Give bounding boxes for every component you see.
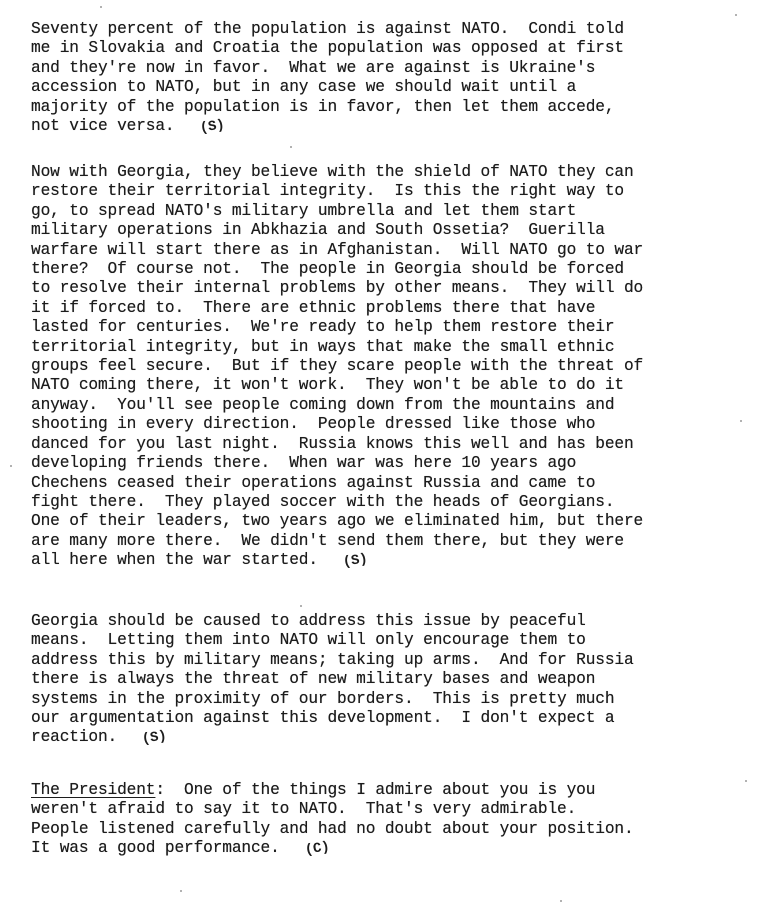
text-line: Now with Georgia, they believe with the … (31, 163, 643, 182)
scan-speck (180, 890, 182, 892)
text-line: warfare will start there as in Afghanist… (31, 241, 643, 260)
scan-speck (740, 420, 742, 422)
scan-speck (290, 146, 292, 148)
scan-speck (560, 900, 562, 902)
text-line: Chechens ceased their operations against… (31, 474, 643, 493)
text-line: there is always the threat of new milita… (31, 670, 634, 689)
text-line: territorial integrity, but in ways that … (31, 338, 643, 357)
text-line: military operations in Abkhazia and Sout… (31, 221, 643, 240)
text-line: lasted for centuries. We're ready to hel… (31, 318, 643, 337)
text-line: groups feel secure. But if they scare pe… (31, 357, 643, 376)
text-line: there? Of course not. The people in Geor… (31, 260, 643, 279)
text-line: reaction. (S) (31, 728, 634, 748)
scan-speck (745, 780, 747, 782)
text-line: it if forced to. There are ethnic proble… (31, 299, 643, 318)
speaker-label: The President (31, 781, 155, 799)
text-line: anyway. You'll see people coming down fr… (31, 396, 643, 415)
classification-mark: (S) (198, 116, 225, 139)
text-line: restore their territorial integrity. Is … (31, 182, 643, 201)
text-line: to resolve their internal problems by ot… (31, 279, 643, 298)
paragraph-4-president: The President: One of the things I admir… (31, 781, 634, 860)
classification-mark: (C) (304, 839, 331, 862)
text-line: our argumentation against this developme… (31, 709, 634, 728)
speaker-text: : One of the things I admire about you i… (155, 781, 595, 799)
text-line: go, to spread NATO's military umbrella a… (31, 202, 643, 221)
text-line: It was a good performance. (C) (31, 839, 634, 859)
text-line: all here when the war started. (S) (31, 551, 643, 571)
text-line: developing friends there. When war was h… (31, 454, 643, 473)
text-line: shooting in every direction. People dres… (31, 415, 643, 434)
scan-speck (10, 465, 12, 467)
text-line: systems in the proximity of our borders.… (31, 690, 634, 709)
text-line: are many more there. We didn't send them… (31, 532, 643, 551)
text-line: address this by military means; taking u… (31, 651, 634, 670)
paragraph-1: Seventy percent of the population is aga… (31, 20, 624, 137)
text-line: majority of the population is in favor, … (31, 98, 624, 117)
scan-speck (100, 6, 102, 8)
classification-mark: (S) (141, 728, 168, 751)
text-line: weren't afraid to say it to NATO. That's… (31, 800, 634, 819)
text-line: means. Letting them into NATO will only … (31, 631, 634, 650)
text-line: fight there. They played soccer with the… (31, 493, 643, 512)
classification-mark: (S) (342, 550, 369, 573)
text-line: People listened carefully and had no dou… (31, 820, 634, 839)
paragraph-3: Georgia should be caused to address this… (31, 612, 634, 749)
text-line: danced for you last night. Russia knows … (31, 435, 643, 454)
text-line: accession to NATO, but in any case we sh… (31, 78, 624, 97)
scan-speck (300, 605, 302, 607)
text-line: One of their leaders, two years ago we e… (31, 512, 643, 531)
text-line: Georgia should be caused to address this… (31, 612, 634, 631)
paragraph-2: Now with Georgia, they believe with the … (31, 163, 643, 572)
speaker-line: The President: One of the things I admir… (31, 781, 634, 800)
text-line: Seventy percent of the population is aga… (31, 20, 624, 39)
text-line: NATO coming there, it won't work. They w… (31, 376, 643, 395)
text-line: and they're now in favor. What we are ag… (31, 59, 624, 78)
text-line: me in Slovakia and Croatia the populatio… (31, 39, 624, 58)
scan-speck (735, 14, 737, 16)
text-line: not vice versa. (S) (31, 117, 624, 137)
